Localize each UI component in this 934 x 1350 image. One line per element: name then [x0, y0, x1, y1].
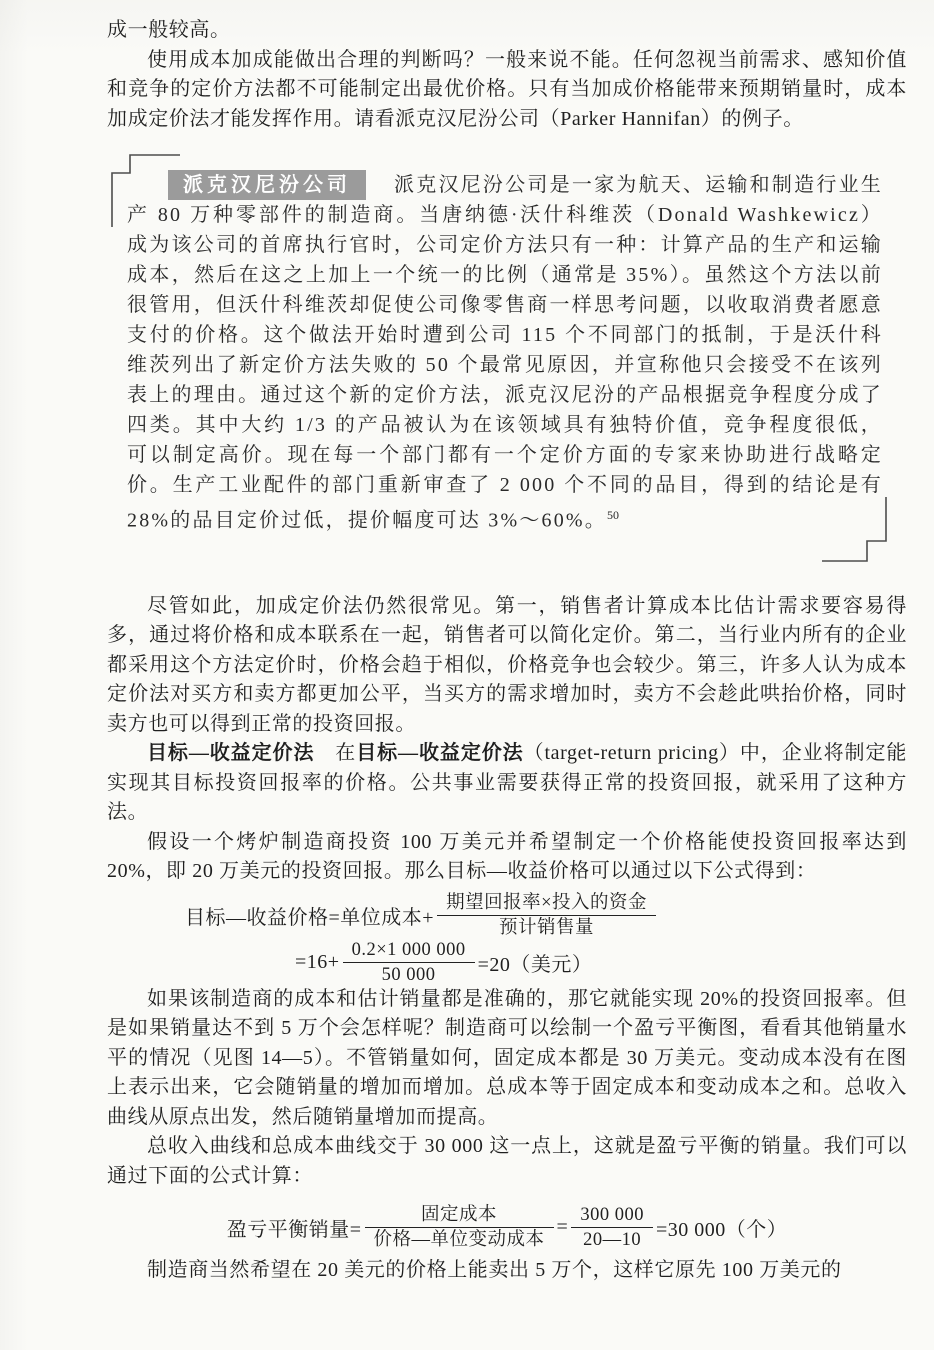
paragraph-markup-pricing-common: 尽管如此，加成定价法仍然很常见。第一，销售者计算成本比估计需求要容易得多，通过将…: [107, 592, 907, 740]
formula-calculation-line: =16+0.2×1 000 00050 000=20（美元）: [295, 940, 907, 985]
paragraph-target-return-pricing: 目标—收益定价法 在目标—收益定价法（target-return pricing…: [107, 739, 907, 828]
fraction: 300 00020—10: [571, 1205, 653, 1250]
formula-calc-result: =20（美元）: [478, 948, 593, 977]
fraction-denominator: 预计销售量: [437, 916, 656, 938]
fraction-numerator: 期望回报率×投入的资金: [437, 893, 656, 916]
fraction-numerator: 0.2×1 000 000: [343, 940, 475, 963]
paragraph-cost-plus-judgment: 使用成本加成能做出合理的判断吗？一般来说不能。任何忽视当前需求、感知价值和竞争的…: [107, 46, 907, 135]
formula-result: =30 000（个）: [656, 1213, 787, 1242]
break-even-volume-formula: 盈亏平衡销量=固定成本价格—单位变动成本=300 00020—10=30 000…: [107, 1205, 907, 1250]
formula-line: 盈亏平衡销量=固定成本价格—单位变动成本=300 00020—10=30 000…: [107, 1205, 907, 1250]
fraction-denominator: 价格—单位变动成本: [365, 1228, 554, 1250]
fraction-numerator: 固定成本: [365, 1205, 554, 1228]
case-study-box: 派克汉尼汾公司派克汉尼汾公司是一家为航天、运输和制造行业生产 80 万种零部件的…: [127, 170, 883, 536]
formula-equals: =: [557, 1216, 569, 1239]
target-return-price-formula: 目标—收益价格=单位成本+期望回报率×投入的资金预计销售量 =16+0.2×1 …: [107, 893, 907, 985]
case-study-paragraph: 派克汉尼汾公司派克汉尼汾公司是一家为航天、运输和制造行业生产 80 万种零部件的…: [127, 170, 883, 536]
fraction: 固定成本价格—单位变动成本: [365, 1205, 554, 1250]
paragraph-breakeven-intersection: 总收入曲线和总成本曲线交于 30 000 这一点上，这就是盈亏平衡的销量。我们可…: [107, 1132, 907, 1191]
corner-bracket-top-left: [111, 154, 181, 228]
footnote-ref-50: 50: [607, 508, 619, 522]
fraction: 期望回报率×投入的资金预计销售量: [437, 893, 656, 938]
term-target-return-pricing-lead: 目标—收益定价法: [147, 742, 314, 764]
formula-lhs: 目标—收益价格=单位成本+: [185, 901, 434, 930]
paragraph-breakeven-chart: 如果该制造商的成本和估计销量都是准确的，那它就能实现 20%的投资回报率。但是如…: [107, 985, 907, 1133]
formula-calc-lhs: =16+: [295, 951, 340, 974]
fraction-denominator: 20—10: [571, 1228, 653, 1250]
paragraph-continuation: 成一般较高。: [107, 16, 907, 46]
formula-lhs: 盈亏平衡销量=: [227, 1213, 362, 1242]
corner-bracket-bottom-right: [821, 496, 891, 564]
paragraph-manufacturer-hope: 制造商当然希望在 20 美元的价格上能卖出 5 万个，这样它原先 100 万美元…: [107, 1256, 907, 1286]
p4-mid-text: 在: [314, 742, 356, 764]
formula-definition-line: 目标—收益价格=单位成本+期望回报率×投入的资金预计销售量: [185, 893, 907, 938]
fraction-numerator: 300 000: [571, 1205, 653, 1228]
case-study-label: 派克汉尼汾公司: [168, 170, 366, 200]
book-page: 成一般较高。 使用成本加成能做出合理的判断吗？一般来说不能。任何忽视当前需求、感…: [0, 0, 934, 1350]
fraction: 0.2×1 000 00050 000: [343, 940, 475, 985]
case-study-body-text: 派克汉尼汾公司是一家为航天、运输和制造行业生产 80 万种零部件的制造商。当唐纳…: [127, 174, 883, 532]
fraction-denominator: 50 000: [343, 963, 475, 985]
term-target-return-pricing-inline: 目标—收益定价法: [356, 742, 523, 764]
paragraph-oven-manufacturer-example: 假设一个烤炉制造商投资 100 万美元并希望制定一个价格能使投资回报率达到 20…: [107, 828, 907, 887]
